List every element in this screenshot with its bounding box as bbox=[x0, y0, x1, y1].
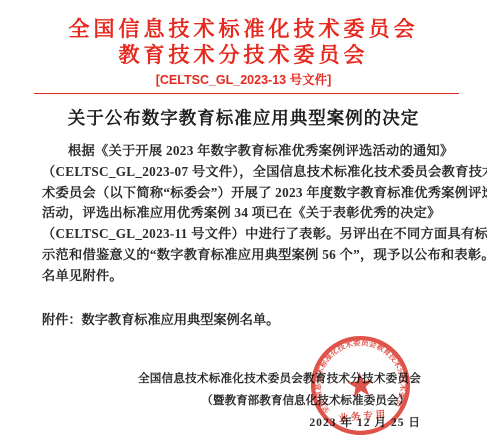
body-line: （CELTSC_GL_2023-07 号文件），全国信息技术标准化技术委员会教育… bbox=[42, 162, 423, 183]
header-org-line1: 全国信息技术标准化技术委员会 bbox=[0, 17, 487, 43]
body-line: 名单见附件。 bbox=[42, 266, 423, 287]
body-line: （CELTSC_GL_2023-11 号文件）中进行了表彰。另评出在不同方面具有… bbox=[42, 224, 423, 245]
body-line: 术委员会（以下简称“标委会”）开展了 2023 年度数字教育标准优秀案例评选 bbox=[42, 183, 423, 204]
attachment-line: 附件：数字教育标准应用典型案例名单。 bbox=[42, 309, 423, 330]
signature-date: 2023 年 12 月 25 日 bbox=[138, 412, 421, 434]
body-line: 活动，评选出标准应用优秀案例 34 项已在《关于表彰优秀的决定》 bbox=[42, 203, 423, 224]
document-page: 全国信息技术标准化技术委员会 教育技术分技术委员会 [CELTSC_GL_202… bbox=[0, 0, 487, 442]
document-number: [CELTSC_GL_2023-13 号文件] bbox=[0, 73, 487, 87]
signature-org-sub: （暨教育部教育信息化技术标准委员会） bbox=[138, 390, 421, 412]
signature-org: 全国信息技术标准化技术委员会教育技术分技术委员会 bbox=[138, 368, 421, 390]
document-title: 关于公布数字教育标准应用典型案例的决定 bbox=[0, 107, 487, 129]
body-line: 根据《关于开展 2023 年数字教育标准优秀案例评选活动的通知》 bbox=[42, 141, 423, 162]
header-divider bbox=[34, 93, 459, 94]
header-org-line2: 教育技术分技术委员会 bbox=[0, 43, 487, 68]
body-line: 示范和借鉴意义的“数字教育标准应用典型案例 56 个”，现予以公布和表彰。 bbox=[42, 245, 423, 266]
body-paragraph: 根据《关于开展 2023 年数字教育标准优秀案例评选活动的通知》 （CELTSC… bbox=[42, 141, 423, 287]
signature-block: 全国信息技术标准化技术委员会教育技术分技术委员会 （暨教育部教育信息化技术标准委… bbox=[138, 368, 421, 434]
